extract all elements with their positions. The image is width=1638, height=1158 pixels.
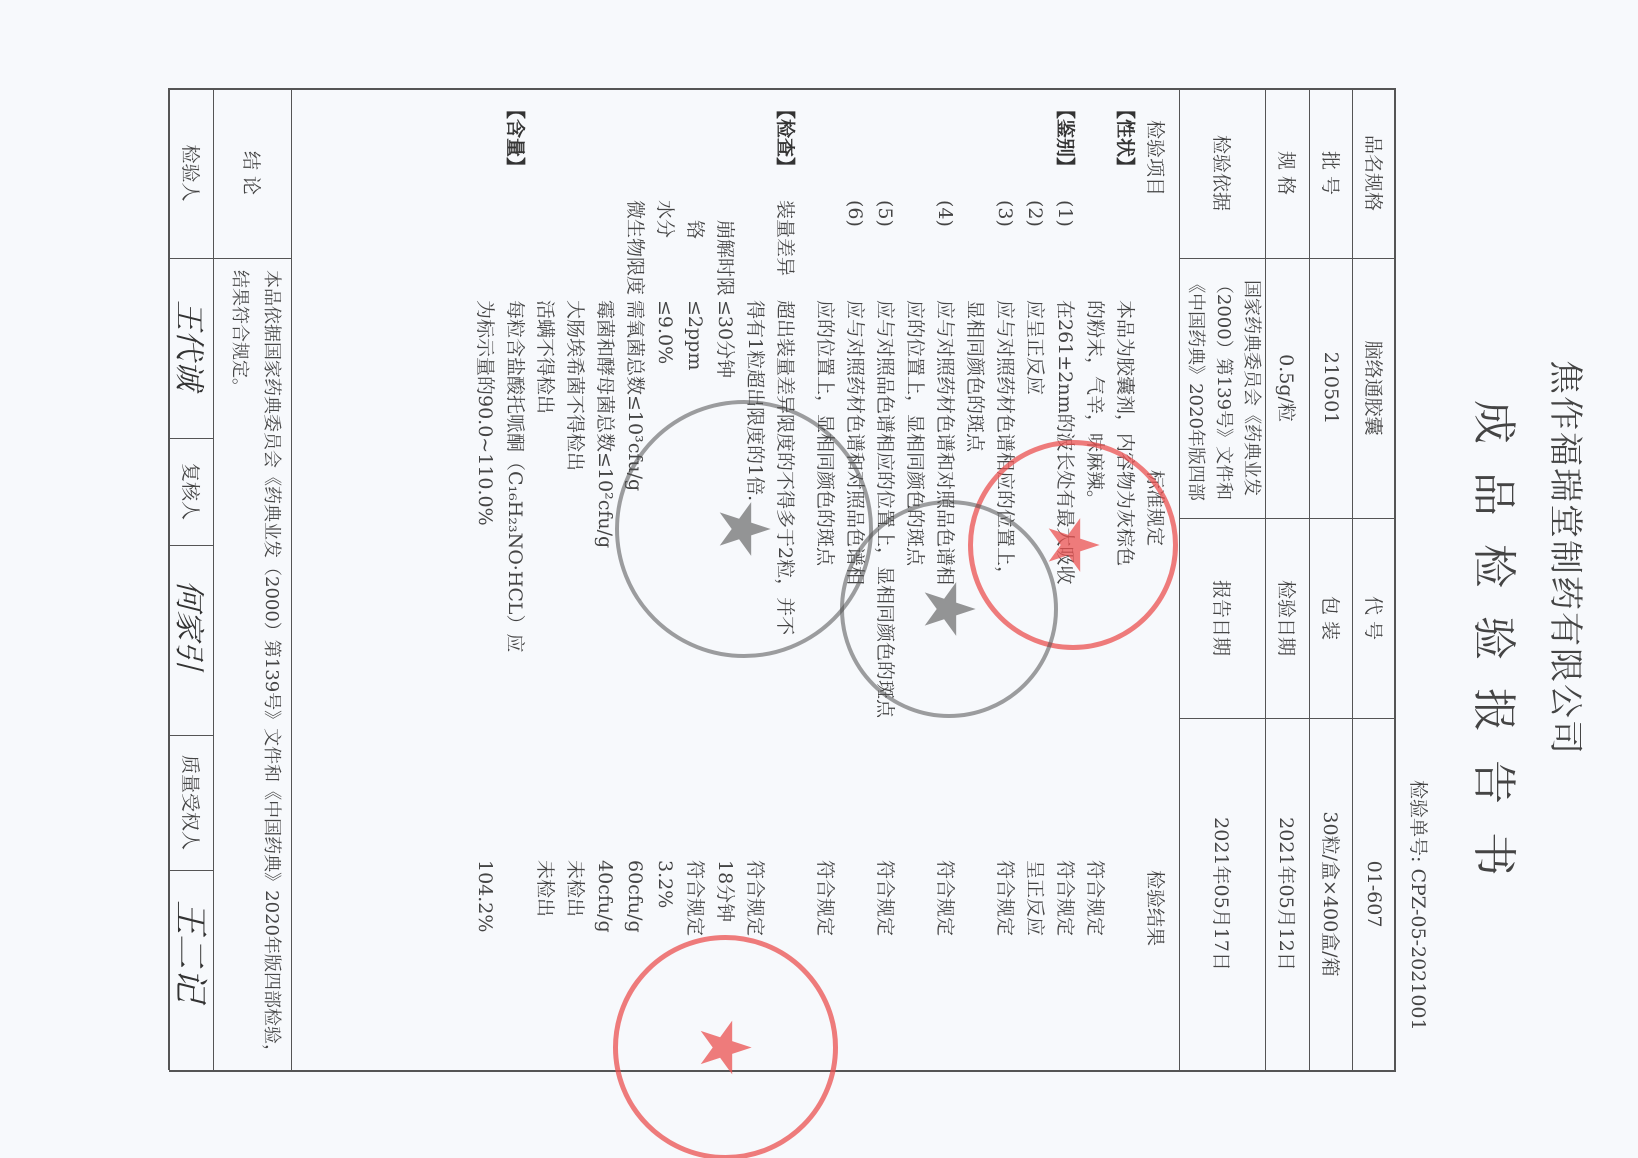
insp-2-result: 18分钟 [710,860,740,922]
ident-3-result: 符合规定 [990,860,1020,936]
insp-3-item: 铬 [680,220,710,239]
basis-value: 国家药典委员会《药典业发（2000）第139号》文件和《中国药典》2020年版四… [1180,262,1266,514]
insp-1-result: 符合规定 [740,860,770,936]
ident-2-no: (2) [1020,200,1050,227]
character-result: 符合规定 [1080,860,1110,936]
reviewer-label: 复核人 [170,438,214,545]
star-icon: ★ [691,1016,761,1079]
ident-5-result: 符合规定 [870,860,900,936]
conclusion-text-1: 本品依据国家药典委员会《药典业发（2000）第139号》文件和《中国药典》202… [256,270,286,1062]
grey-seal-2: ★ [615,400,873,658]
ident-3-standard-2: 显相同颜色的斑点 [960,300,990,452]
assay-standard-2: 为标示量的90.0~110.0% [470,300,500,526]
insp-2-item: 崩解时限 [710,220,740,296]
ident-4-no: (4) [930,200,960,227]
column-item: 检验项目 [1140,120,1170,196]
qa-signature: 王二记 [169,900,218,1002]
spec-label: 规 格 [1266,88,1310,258]
inspector-signature: 王代诚 [170,300,214,390]
batch-value: 210501 [1310,258,1353,518]
insp-2-standard: ≤30分钟 [710,300,740,378]
scanned-sheet: 焦作福瑞堂制药有限公司 成品检验报告书 检验单号: CPZ-05-2021001… [0,0,1638,1158]
insp-5-item: 微生物限度 [620,200,650,295]
assay-standard-1: 每粒含盐酸托哌酮（C₁₆H₂₃NO·HCL）应 [500,300,530,653]
package-label: 包 装 [1310,518,1353,718]
basis-label: 检验依据 [1180,88,1266,258]
spec-value: 0.5g/粒 [1266,258,1310,518]
conclusion-text-2: 结果符合规定。 [224,270,254,396]
insp-5-result-3: 未检出 [560,860,590,917]
insp-3-result: 符合规定 [680,860,710,936]
report-title: 成品检验报告书 [1466,400,1530,904]
insp-4-standard: ≤9.0% [650,300,680,364]
code-label: 代 号 [1353,518,1396,718]
section-inspection: 【检查】 [770,100,800,176]
report-number: 检验单号: CPZ-05-2021001 [1406,780,1433,1031]
insp-5-result-2: 40cfu/g [590,860,620,933]
section-identification: 【鉴别】 [1050,100,1080,176]
package-value: 30粒/盒×400盒/箱 [1310,718,1353,1070]
report-document: 焦作福瑞堂制药有限公司 成品检验报告书 检验单号: CPZ-05-2021001… [0,0,1638,1158]
insp-5-standard-3: 大肠埃希菌不得检出 [560,300,590,471]
ident-3-no: (3) [990,200,1020,227]
ident-1-result: 符合规定 [1050,860,1080,936]
batch-label: 批 号 [1310,88,1353,258]
inspect-date-label: 检验日期 [1266,518,1310,718]
section-assay: 【含量】 [500,100,530,176]
report-date-label: 报告日期 [1180,518,1266,718]
ident-2-standard: 应呈正反应 [1020,300,1050,395]
ident-6-result: 符合规定 [810,860,840,936]
qa-label: 质量受权人 [170,735,214,870]
code-value: 01-607 [1353,718,1396,1070]
ident-5-no: (5) [870,200,900,227]
company-name: 焦作福瑞堂制药有限公司 [1544,360,1593,756]
insp-4-result: 3.2% [650,860,680,908]
ident-6-no: (6) [840,200,870,227]
product-label: 品名规格 [1353,88,1396,258]
inspector-label: 检验人 [170,88,214,258]
star-icon: ★ [914,578,984,641]
insp-5-result-1: 60cfu/g [620,860,650,933]
section-character: 【性状】 [1110,100,1140,176]
star-icon: ★ [709,498,779,561]
column-result: 检验结果 [1140,870,1170,946]
insp-5-standard-4: 活螨不得检出 [530,300,560,414]
conclusion-label: 结 论 [214,88,292,258]
inspect-date-value: 2021年05月12日 [1266,718,1310,1070]
ident-1-no: (1) [1050,200,1080,227]
insp-5-result-4: 未检出 [530,860,560,917]
product-value: 脑络通胶囊 [1353,258,1396,518]
reviewer-signature: 何家引 [170,580,214,670]
assay-result: 104.2% [470,860,500,932]
insp-4-item: 水分 [650,200,680,238]
red-seal-bottom: ★ [613,935,838,1158]
report-date-value: 2021年05月17日 [1180,718,1266,1070]
ident-4-result: 符合规定 [930,860,960,936]
ident-2-result: 呈正反应 [1020,860,1050,936]
insp-1-item: 装量差异 [770,200,800,276]
report-number-value: CPZ-05-2021001 [1407,868,1429,1030]
report-number-label: 检验单号: [1407,780,1429,862]
insp-3-standard: ≤2ppm [680,300,710,370]
